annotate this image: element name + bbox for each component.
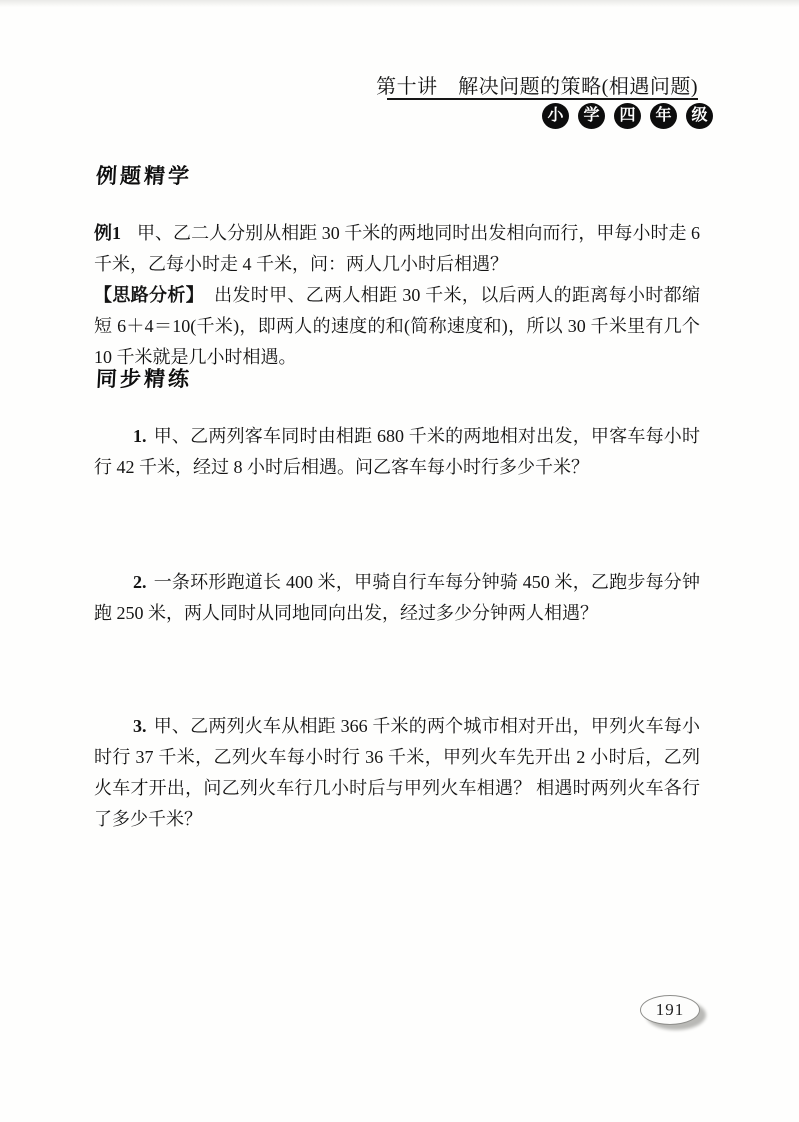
page-number-oval: 191 bbox=[640, 995, 700, 1025]
analysis-label: 【思路分析】 bbox=[94, 285, 204, 305]
grade-badge-char: 小 bbox=[542, 103, 569, 129]
grade-badge-char: 年 bbox=[650, 103, 677, 129]
problem-text: 甲、乙两列客车同时由相距 680 千米的两地相对出发，甲客车每小时行 42 千米… bbox=[94, 426, 700, 477]
grade-badge: 小 学 四 年 级 bbox=[542, 103, 713, 129]
header-rule bbox=[387, 98, 698, 100]
problem-item: 1.甲、乙两列客车同时由相距 680 千米的两地相对出发，甲客车每小时行 42 … bbox=[94, 421, 700, 483]
example-text: 甲、乙二人分别从相距 30 千米的两地同时出发相向而行，甲每小时走 6 千米，乙… bbox=[94, 223, 700, 274]
example-paragraph: 例1甲、乙二人分别从相距 30 千米的两地同时出发相向而行，甲每小时走 6 千米… bbox=[94, 218, 700, 280]
grade-badge-char: 学 bbox=[578, 103, 605, 129]
problem-text: 一条环形跑道长 400 米，甲骑自行车每分钟骑 450 米，乙跑步每分钟跑 25… bbox=[94, 572, 700, 623]
section-heading-examples: 例题精学 bbox=[95, 160, 193, 190]
section-heading-practice: 同步精练 bbox=[95, 363, 193, 393]
problem-text: 甲、乙两列火车从相距 366 千米的两个城市相对开出，甲列火车每小时行 37 千… bbox=[94, 716, 700, 829]
analysis-paragraph: 【思路分析】出发时甲、乙两人相距 30 千米，以后两人的距离每小时都缩短 6＋4… bbox=[94, 280, 700, 373]
problem-number: 1. bbox=[133, 426, 147, 446]
chapter-title: 第十讲 解决问题的策略(相遇问题) bbox=[376, 70, 698, 99]
problem-number: 2. bbox=[133, 572, 147, 592]
example-label: 例1 bbox=[94, 223, 121, 243]
page-number: 191 bbox=[656, 1000, 685, 1020]
grade-badge-char: 四 bbox=[614, 103, 641, 129]
scan-artifact-top bbox=[0, 0, 799, 7]
textbook-page: 第十讲 解决问题的策略(相遇问题) 小 学 四 年 级 例题精学 例1甲、乙二人… bbox=[0, 0, 799, 1122]
grade-badge-char: 级 bbox=[686, 103, 713, 129]
problem-item: 2.一条环形跑道长 400 米，甲骑自行车每分钟骑 450 米，乙跑步每分钟跑 … bbox=[94, 567, 700, 629]
problem-item: 3.甲、乙两列火车从相距 366 千米的两个城市相对开出，甲列火车每小时行 37… bbox=[94, 711, 700, 835]
problem-number: 3. bbox=[133, 716, 147, 736]
